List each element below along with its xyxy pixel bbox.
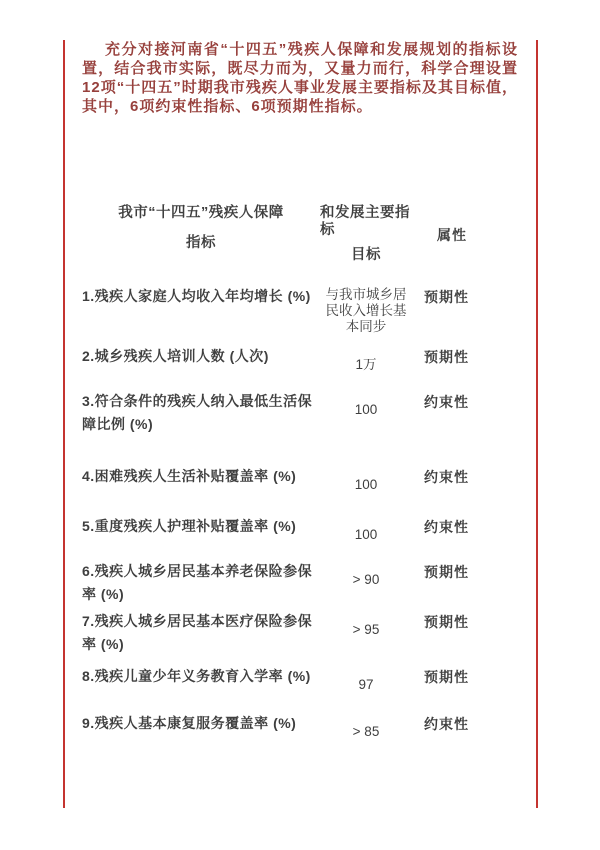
attribute-cell: 约束性 <box>412 712 518 734</box>
right-red-rule <box>536 40 538 808</box>
table-row: 8.残疾儿童少年义务教育入学率 (%) 97 预期性 <box>82 665 518 693</box>
target-cell: 1万 <box>320 345 412 373</box>
table-title-part2: 和发展主要指标 <box>320 205 412 239</box>
attribute-cell: 约束性 <box>412 390 518 412</box>
attribute-cell: 预期性 <box>412 345 518 367</box>
col-header-attribute: 属性 <box>437 225 467 245</box>
target-cell: 与我市城乡居民收入增长基本同步 <box>320 285 412 335</box>
indicator-cell: 7.残疾人城乡居民基本医疗保险参保率 (%) <box>82 610 320 656</box>
attribute-cell: 预期性 <box>412 285 518 307</box>
target-cell: 100 <box>320 465 412 493</box>
table-body: 1.残疾人家庭人均收入年均增长 (%) 与我市城乡居民收入增长基本同步 预期性 … <box>82 285 518 740</box>
target-cell: > 95 <box>320 610 412 638</box>
col-header-target: 目标 <box>320 247 412 264</box>
col-header-indicator: 指标 <box>82 235 320 252</box>
table-title-part1: 我市“十四五”残疾人保障 <box>82 205 320 222</box>
indicator-cell: 8.残疾儿童少年义务教育入学率 (%) <box>82 665 320 688</box>
target-cell: 100 <box>320 390 412 418</box>
table-row: 1.残疾人家庭人均收入年均增长 (%) 与我市城乡居民收入增长基本同步 预期性 <box>82 285 518 335</box>
left-red-rule <box>63 40 65 808</box>
indicators-table: 我市“十四五”残疾人保障 指标 和发展主要指标 目标 属性 1.残疾人家庭人均收… <box>82 205 518 740</box>
table-header: 我市“十四五”残疾人保障 指标 和发展主要指标 目标 属性 <box>82 205 518 264</box>
target-cell: > 85 <box>320 712 412 740</box>
indicator-cell: 5.重度残疾人护理补贴覆盖率 (%) <box>82 515 320 538</box>
table-row: 5.重度残疾人护理补贴覆盖率 (%) 100 约束性 <box>82 515 518 543</box>
indicator-cell: 2.城乡残疾人培训人数 (人次) <box>82 345 320 368</box>
article-page: { "intro": { "text": "充分对接河南省“十四五”残疾人保障和… <box>0 0 600 850</box>
indicator-cell: 6.残疾人城乡居民基本养老保险参保率 (%) <box>82 560 320 606</box>
table-row: 3.符合条件的残疾人纳入最低生活保障比例 (%) 100 约束性 <box>82 390 518 436</box>
intro-paragraph: 充分对接河南省“十四五”残疾人保障和发展规划的指标设置，结合我市实际，既尽力而为… <box>82 40 518 116</box>
table-row: 6.残疾人城乡居民基本养老保险参保率 (%) > 90 预期性 <box>82 560 518 606</box>
indicator-cell: 1.残疾人家庭人均收入年均增长 (%) <box>82 285 320 308</box>
table-row: 4.困难残疾人生活补贴覆盖率 (%) 100 约束性 <box>82 465 518 493</box>
target-cell: > 90 <box>320 560 412 588</box>
indicator-cell: 4.困难残疾人生活补贴覆盖率 (%) <box>82 465 320 488</box>
attribute-cell: 预期性 <box>412 665 518 687</box>
header-indicator-cell: 我市“十四五”残疾人保障 指标 <box>82 205 320 264</box>
header-target-cell: 和发展主要指标 目标 <box>320 205 412 264</box>
attribute-cell: 约束性 <box>412 465 518 487</box>
indicator-cell: 3.符合条件的残疾人纳入最低生活保障比例 (%) <box>82 390 320 436</box>
attribute-cell: 约束性 <box>412 515 518 537</box>
article-content: 充分对接河南省“十四五”残疾人保障和发展规划的指标设置，结合我市实际，既尽力而为… <box>82 40 518 740</box>
indicator-cell: 9.残疾人基本康复服务覆盖率 (%) <box>82 712 320 735</box>
target-cell: 97 <box>320 665 412 693</box>
table-row: 2.城乡残疾人培训人数 (人次) 1万 预期性 <box>82 345 518 373</box>
attribute-cell: 预期性 <box>412 560 518 582</box>
table-row: 7.残疾人城乡居民基本医疗保险参保率 (%) > 95 预期性 <box>82 610 518 656</box>
table-row: 9.残疾人基本康复服务覆盖率 (%) > 85 约束性 <box>82 712 518 740</box>
header-attribute-cell: 属性 <box>412 205 518 264</box>
target-cell: 100 <box>320 515 412 543</box>
attribute-cell: 预期性 <box>412 610 518 632</box>
